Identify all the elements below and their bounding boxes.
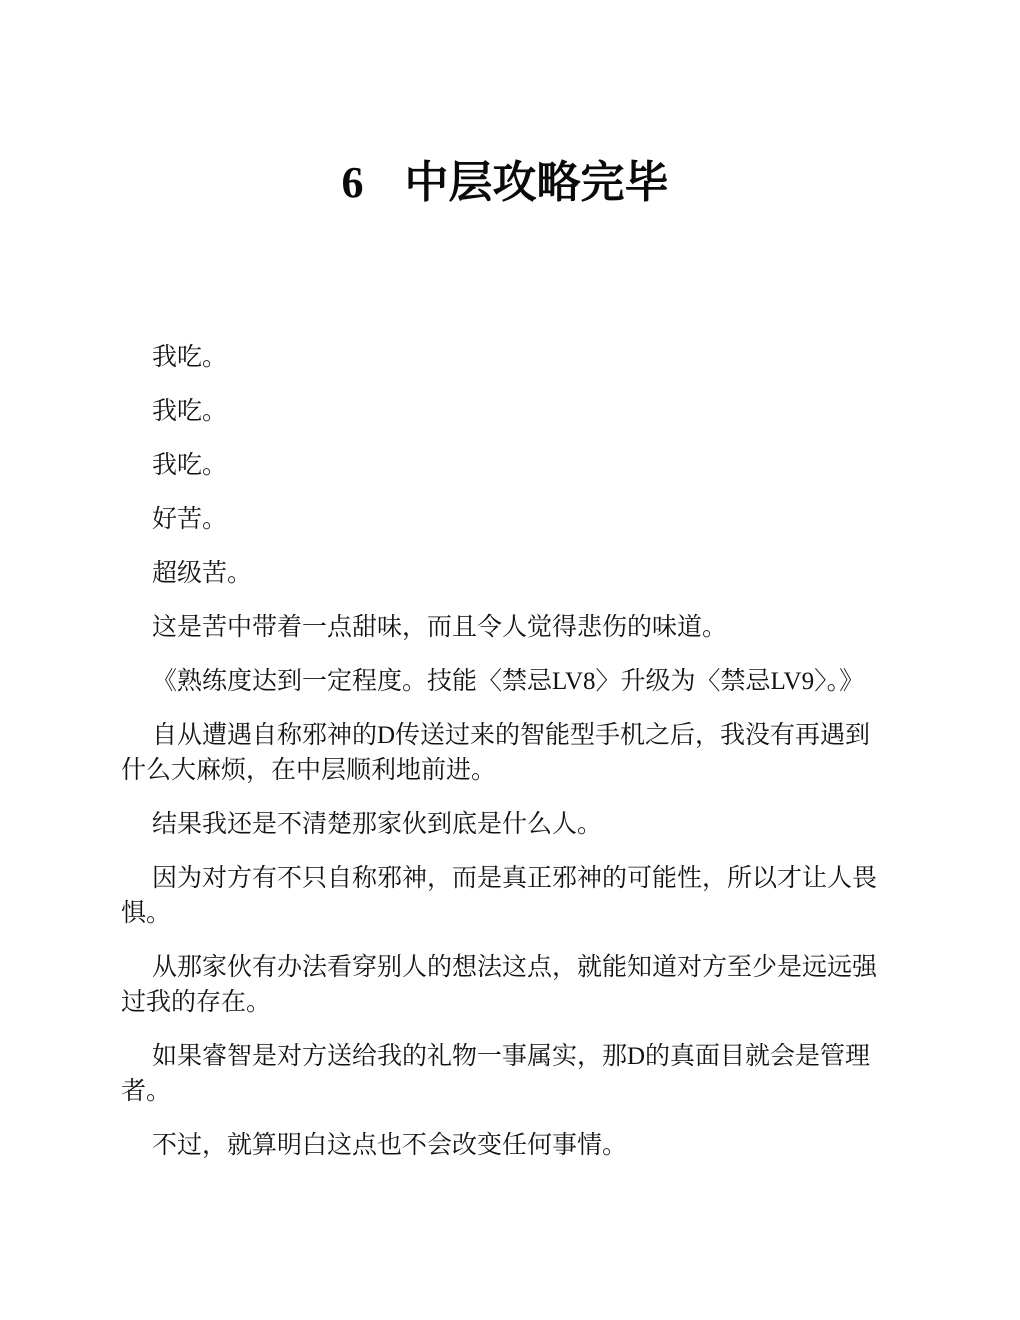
paragraph: 这是苦中带着一点甜味，而且令人觉得悲伤的味道。 — [121, 610, 889, 645]
chapter-number: 6 — [342, 161, 364, 205]
paragraph: 如果睿智是对方送给我的礼物一事属实，那D的真面目就会是管理者。 — [121, 1039, 889, 1109]
paragraph: 结果我还是不清楚那家伙到底是什么人。 — [121, 807, 889, 842]
paragraph: 自从遭遇自称邪神的D传送过来的智能型手机之后，我没有再遇到什么大麻烦，在中层顺利… — [121, 718, 889, 788]
paragraph: 好苦。 — [121, 502, 889, 537]
paragraph: 从那家伙有办法看穿别人的想法这点，就能知道对方至少是远远强过我的存在。 — [121, 950, 889, 1020]
chapter-title: 中层攻略完毕 — [405, 158, 669, 207]
ebook-page: 6中层攻略完毕 我吃。 我吃。 我吃。 好苦。 超级苦。 这是苦中带着一点甜味，… — [0, 0, 1020, 1320]
paragraph: 因为对方有不只自称邪神，而是真正邪神的可能性，所以才让人畏惧。 — [121, 861, 889, 931]
chapter-text-body: 我吃。 我吃。 我吃。 好苦。 超级苦。 这是苦中带着一点甜味，而且令人觉得悲伤… — [121, 340, 889, 1163]
paragraph: 《熟练度达到一定程度。技能〈禁忌LV8〉升级为〈禁忌LV9〉。》 — [121, 664, 889, 699]
paragraph: 超级苦。 — [121, 556, 889, 591]
paragraph: 我吃。 — [121, 448, 889, 483]
paragraph: 不过，就算明白这点也不会改变任何事情。 — [121, 1128, 889, 1163]
paragraph: 我吃。 — [121, 394, 889, 429]
paragraph: 我吃。 — [121, 340, 889, 375]
chapter-heading: 6中层攻略完毕 — [121, 0, 889, 205]
